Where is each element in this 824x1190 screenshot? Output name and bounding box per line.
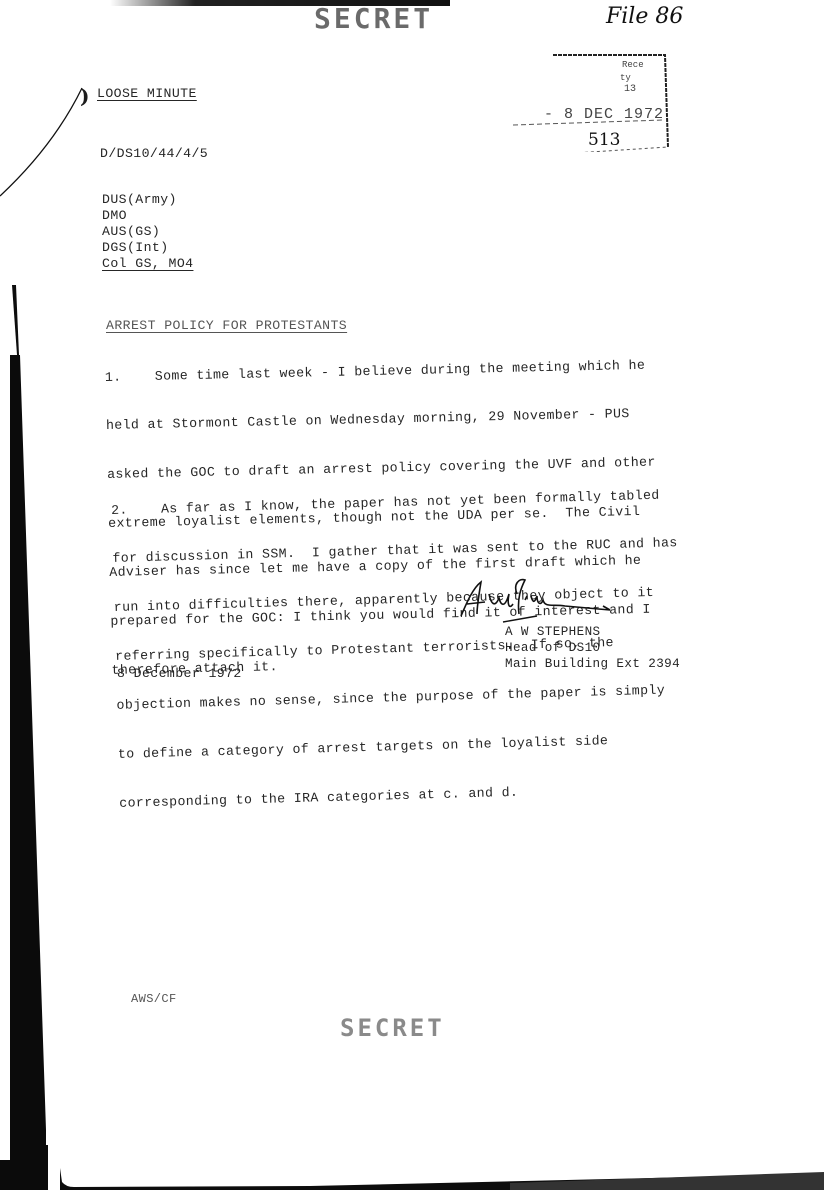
classification-marking-bottom: SECRET bbox=[340, 1014, 445, 1042]
paragraph-number: 1. bbox=[105, 369, 122, 384]
distribution-item: DMO bbox=[102, 208, 193, 224]
margin-bracket-mark: ) bbox=[80, 84, 89, 108]
signature-scrawl bbox=[455, 574, 620, 624]
distribution-item: Col GS, MO4 bbox=[102, 256, 193, 272]
handwritten-file-note: File 86 bbox=[606, 4, 683, 29]
typist-initials: AWS/CF bbox=[131, 992, 177, 1006]
scan-edge-left-upper bbox=[10, 285, 20, 355]
stamp-number: 513 bbox=[588, 130, 620, 150]
stamp-line-3: 13 bbox=[624, 84, 636, 95]
signatory-name: A W STEPHENS bbox=[505, 624, 680, 640]
memo-type: LOOSE MINUTE bbox=[97, 86, 197, 101]
memo-date: 8 December 1972 bbox=[117, 666, 242, 681]
stamp-line-2: ty bbox=[620, 73, 631, 83]
memo-reference: D/DS10/44/4/5 bbox=[100, 146, 208, 161]
signatory-location: Main Building Ext 2394 bbox=[505, 656, 680, 672]
distribution-list: DUS(Army) DMO AUS(GS) DGS(Int) Col GS, M… bbox=[102, 192, 193, 272]
classification-marking-top: SECRET bbox=[314, 2, 433, 35]
distribution-item: DGS(Int) bbox=[102, 240, 193, 256]
memo-subject: ARREST POLICY FOR PROTESTANTS bbox=[106, 318, 347, 333]
scan-edge-left bbox=[0, 355, 48, 1190]
distribution-item: DUS(Army) bbox=[102, 192, 193, 208]
stamp-line-1: Rece bbox=[622, 60, 644, 70]
paragraph-number: 2. bbox=[111, 502, 128, 517]
stamp-date: - 8 DEC 1972 bbox=[544, 106, 664, 123]
signature-block: A W STEPHENS Head of DS10 Main Building … bbox=[505, 624, 680, 672]
scan-edge-bottom bbox=[60, 1168, 824, 1190]
signatory-title: Head of DS10 bbox=[505, 640, 680, 656]
distribution-item: AUS(GS) bbox=[102, 224, 193, 240]
